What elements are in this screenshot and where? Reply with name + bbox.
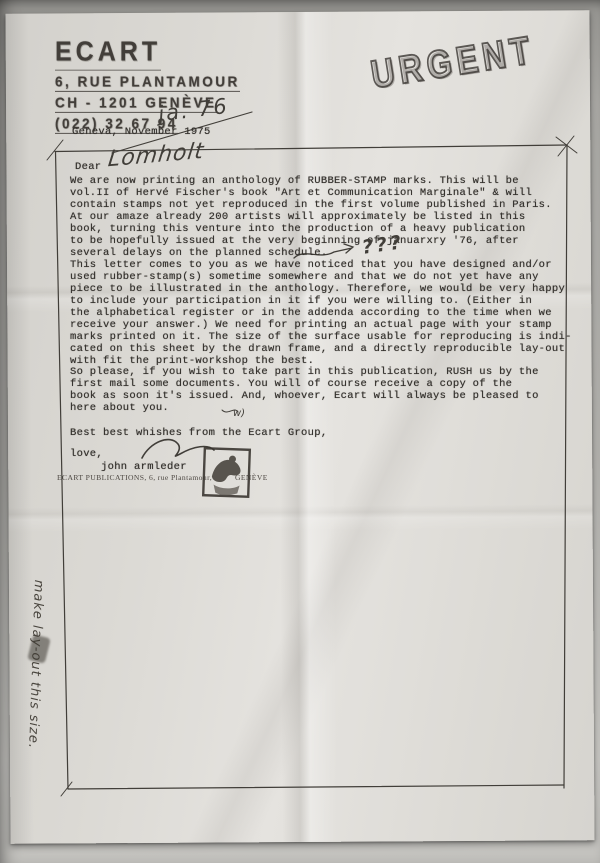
body-paragraph-2: So please, if you wish to take part in t… <box>70 366 539 414</box>
stamp-street: 6, RUE PLANTAMOUR <box>55 73 240 92</box>
photo-of-letter: ECART 6, RUE PLANTAMOUR CH - 1201 GENÈVE… <box>0 0 600 863</box>
typed-signature-name: john armleder <box>101 461 187 473</box>
closing-line: Best best whishes from the Ecart Group, <box>70 427 327 439</box>
handwritten-whoever-note: w) <box>233 408 245 419</box>
date-line: Geneva, November 1975 <box>72 126 211 138</box>
header-address-stamp: ECART 6, RUE PLANTAMOUR CH - 1201 GENÈVE… <box>55 36 240 136</box>
love-line: love, <box>70 448 103 460</box>
ecart-stamp-title: ECART <box>55 36 161 71</box>
body-paragraph-1: We are now printing an anthology of RUBB… <box>70 175 572 367</box>
ecart-picture-stamp <box>201 446 253 500</box>
salutation: Dear <box>75 161 101 173</box>
